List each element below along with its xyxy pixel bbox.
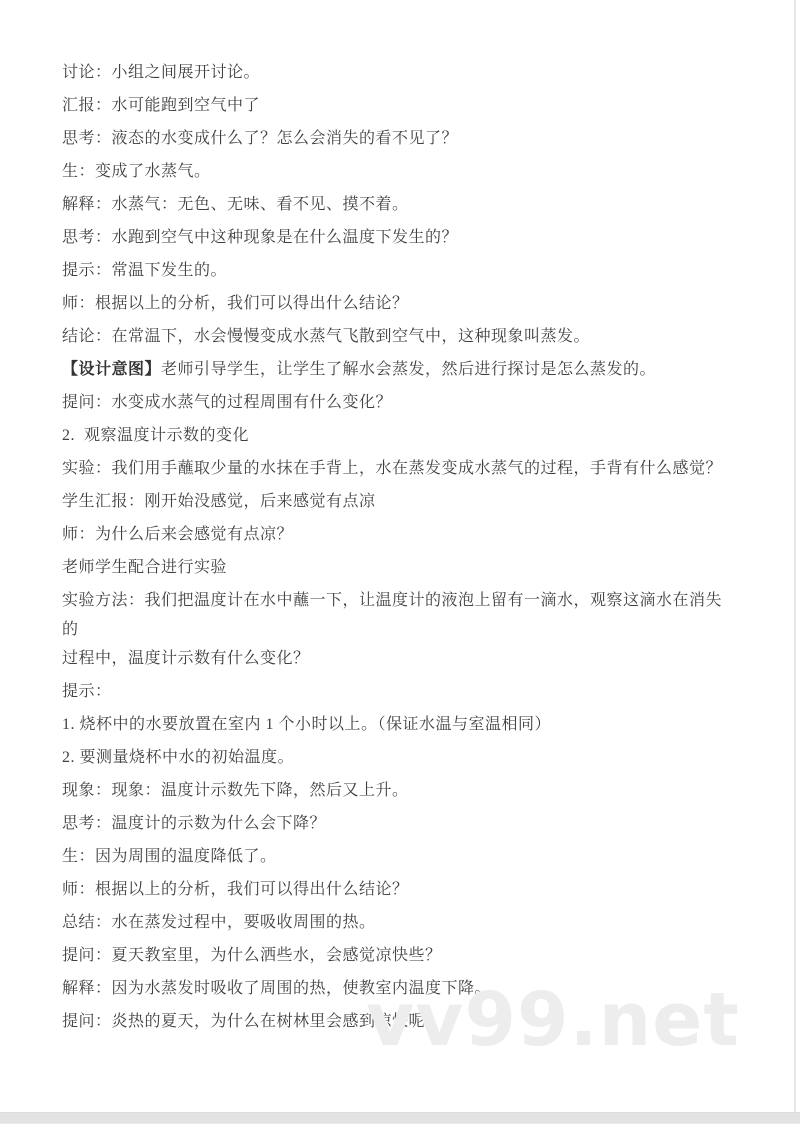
paragraph-line: 思考：水跑到空气中这种现象是在什么温度下发生的？ [62,223,737,252]
paragraph-line: 讨论：小组之间展开讨论。 [62,58,737,87]
paragraph-line: 师：为什么后来会感觉有点凉？ [62,520,737,549]
paragraph-line: 2. 观察温度计示数的变化 [62,421,737,450]
paragraph-line: 思考：液态的水变成什么了？怎么会消失的看不见了？ [62,124,737,153]
design-intent-label: 【设计意图】 [62,361,161,378]
paragraph-line: 汇报：水可能跑到空气中了 [62,91,737,120]
paragraph-line: 生：变成了水蒸气。 [62,157,737,186]
document-page: 讨论：小组之间展开讨论。汇报：水可能跑到空气中了思考：液态的水变成什么了？怎么会… [0,0,800,1137]
paragraph-line: 提问：夏天教室里，为什么洒些水，会感觉凉快些？ [62,941,737,970]
paragraph-line: 师：根据以上的分析，我们可以得出什么结论？ [62,875,737,904]
paragraph-line: 现象：现象：温度计示数先下降，然后又上升。 [62,776,737,805]
paragraph-line: 总结：水在蒸发过程中，要吸收周围的热。 [62,908,737,937]
paragraph-line: 2. 要测量烧杯中水的初始温度。 [62,743,737,772]
next-page-top [0,1124,800,1137]
page-gap-divider [0,1112,800,1124]
document-content: 讨论：小组之间展开讨论。汇报：水可能跑到空气中了思考：液态的水变成什么了？怎么会… [62,58,737,1040]
paragraph-line: 生：因为周围的温度降低了。 [62,842,737,871]
watermark: vv99.net [366,983,740,1057]
paragraph-line: 1. 烧杯中的水要放置在室内 1 个小时以上。（保证水温与室温相同） [62,710,737,739]
paragraph-line: 解释：水蒸气：无色、无味、看不见、摸不着。 [62,190,737,219]
paragraph-line: 提示： [62,677,737,706]
paragraph-line: 结论：在常温下，水会慢慢变成水蒸气飞散到空气中，这种现象叫蒸发。 [62,322,737,351]
paragraph-line: 老师学生配合进行实验 [62,553,737,582]
paragraph-line: 实验：我们用手蘸取少量的水抹在手背上，水在蒸发变成水蒸气的过程，手背有什么感觉？ [62,454,737,483]
page-edge-line [794,0,796,1112]
paragraph-line: 【设计意图】老师引导学生，让学生了解水会蒸发，然后进行探讨是怎么蒸发的。 [62,355,737,384]
paragraph-line: 提示：常温下发生的。 [62,256,737,285]
paragraph-line: 思考：温度计的示数为什么会下降？ [62,809,737,838]
paragraph-line: 实验方法：我们把温度计在水中蘸一下，让温度计的液泡上留有一滴水，观察这滴水在消失… [62,586,737,644]
paragraph-line: 师：根据以上的分析，我们可以得出什么结论？ [62,289,737,318]
paragraph-line: 学生汇报：刚开始没感觉，后来感觉有点凉 [62,487,737,516]
paragraph-line: 过程中，温度计示数有什么变化？ [62,644,737,673]
paragraph-line: 提问：水变成水蒸气的过程周围有什么变化？ [62,388,737,417]
